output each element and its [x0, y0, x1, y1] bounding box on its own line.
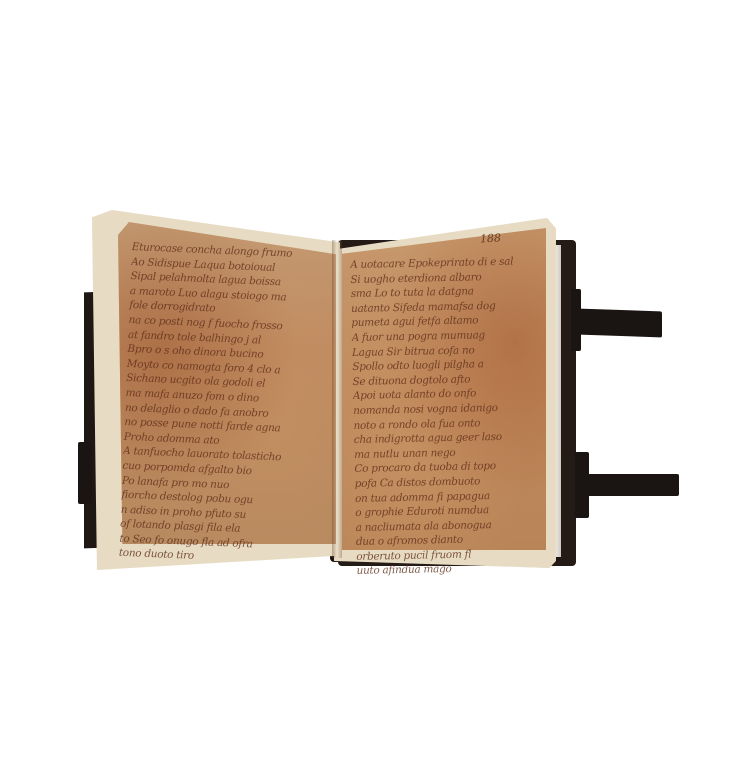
folio-number: 188 [480, 231, 502, 245]
right-page-text: A uotacare Epokeprirato di e sal Si uogh… [350, 254, 549, 579]
left-page-text: Eturocase concha alongo frumo Ao Sidispu… [119, 240, 332, 569]
text-line: uuto afindua mago [356, 560, 548, 579]
clasp-strap-lower-right [585, 474, 679, 496]
clasp-base-upper-right [571, 289, 581, 351]
photo-scene: 188 Eturocase concha alongo frumo Ao Sid… [0, 0, 755, 780]
clasp-strap-upper-right [578, 309, 662, 338]
book-gutter [332, 240, 342, 558]
clasp-base-lower-right [575, 452, 589, 518]
clasp-lower-left [78, 442, 92, 504]
